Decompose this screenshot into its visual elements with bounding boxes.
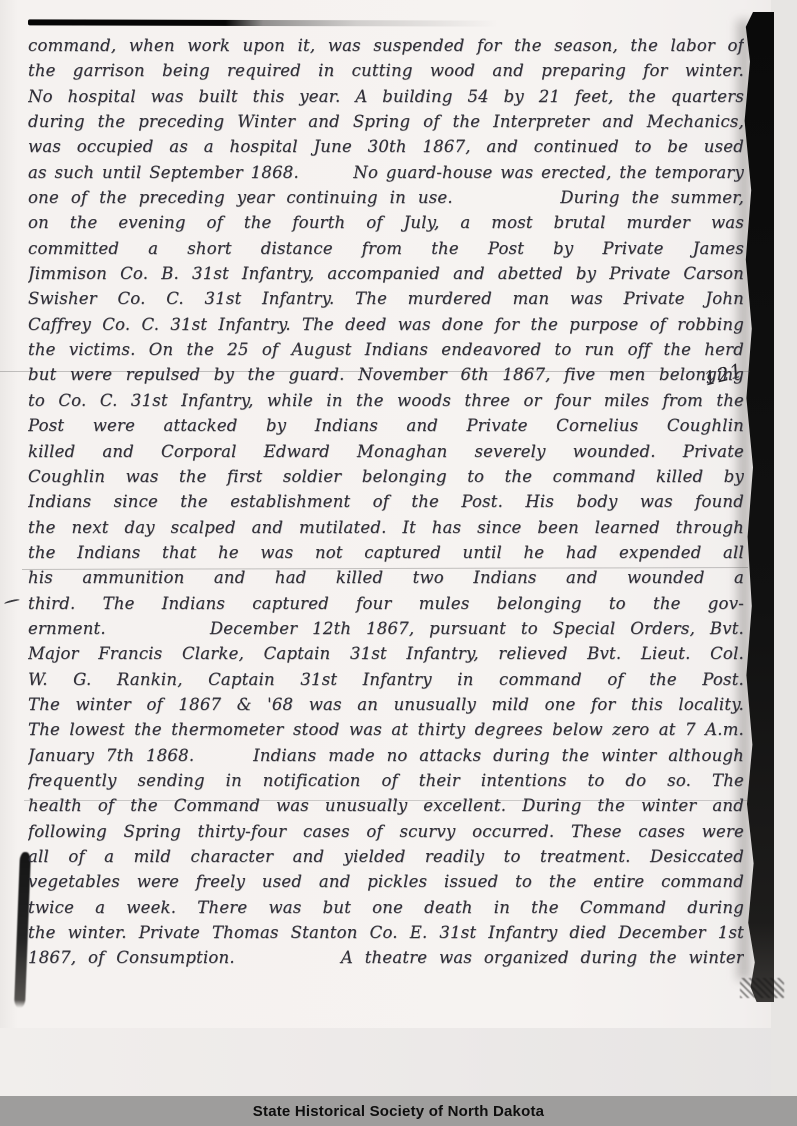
manuscript-text: command, when work upon it, was suspende… <box>28 33 744 971</box>
manuscript-line: The winter of 1867 & '68 was an unusuall… <box>28 692 744 717</box>
manuscript-line: twice a week. There was but one death in… <box>28 895 744 920</box>
manuscript-line: but were repulsed by the guard. November… <box>28 362 744 387</box>
manuscript-line: No hospital was built this year. A build… <box>28 84 744 109</box>
footer-label: State Historical Society of North Dakota <box>253 1103 544 1120</box>
manuscript-line: the winter. Private Thomas Stanton Co. E… <box>28 920 744 945</box>
manuscript-line: vegetables were freely used and pickles … <box>28 869 744 894</box>
manuscript-line: was occupied as a hospital June 30th 186… <box>28 134 744 159</box>
manuscript-line: frequently sending in notification of th… <box>28 768 744 793</box>
manuscript-line: Swisher Co. C. 31st Infantry. The murder… <box>28 286 744 311</box>
scan-artifact-noise-patch <box>740 978 784 998</box>
manuscript-line: one of the preceding year continuing in … <box>28 185 744 210</box>
footer-bar: State Historical Society of North Dakota <box>0 1096 797 1126</box>
manuscript-line: the victims. On the 25 of August Indians… <box>28 337 744 362</box>
manuscript-line: all of a mild character and yielded read… <box>28 844 744 869</box>
manuscript-line: ernment. December 12th 1867, pursuant to… <box>28 616 744 641</box>
manuscript-line: following Spring thirty-four cases of sc… <box>28 819 744 844</box>
manuscript-line: on the evening of the fourth of July, a … <box>28 210 744 235</box>
manuscript-line: committed a short distance from the Post… <box>28 236 744 261</box>
manuscript-line: as such until September 1868. No guard-h… <box>28 160 744 185</box>
manuscript-line: third. The Indians captured four mules b… <box>28 591 744 616</box>
manuscript-line: killed and Corporal Edward Monaghan seve… <box>28 439 744 464</box>
manuscript-line: 1867, of Consumption. A theatre was orga… <box>28 945 744 970</box>
manuscript-line: the garrison being required in cutting w… <box>28 58 744 83</box>
manuscript-line: to Co. C. 31st Infantry, while in the wo… <box>28 388 744 413</box>
manuscript-line: command, when work upon it, was suspende… <box>28 33 744 58</box>
manuscript-line: W. G. Rankin, Captain 31st Infantry in c… <box>28 667 744 692</box>
manuscript-line: his ammunition and had killed two Indian… <box>28 565 744 590</box>
scan-right-margin <box>771 0 797 1096</box>
manuscript-line: The lowest the thermometer stood was at … <box>28 717 744 742</box>
manuscript-line: Jimmison Co. B. 31st Infantry, accompani… <box>28 261 744 286</box>
manuscript-line: Caffrey Co. C. 31st Infantry. The deed w… <box>28 312 744 337</box>
manuscript-line: Coughlin was the first soldier belonging… <box>28 464 744 489</box>
scanned-document: 121 command, when work upon it, was susp… <box>0 0 797 1126</box>
manuscript-line: health of the Command was unusually exce… <box>28 793 744 818</box>
manuscript-line: Major Francis Clarke, Captain 31st Infan… <box>28 641 744 666</box>
manuscript-line: January 7th 1868. Indians made no attack… <box>28 743 744 768</box>
manuscript-line: during the preceding Winter and Spring o… <box>28 109 744 134</box>
manuscript-line: the next day scalped and mutilated. It h… <box>28 515 744 540</box>
scan-bottom-margin <box>0 1028 797 1096</box>
manuscript-line: Post were attacked by Indians and Privat… <box>28 413 744 438</box>
scan-artifact-top-edge <box>28 19 498 26</box>
manuscript-line: Indians since the establishment of the P… <box>28 489 744 514</box>
manuscript-line: the Indians that he was not captured unt… <box>28 540 744 565</box>
